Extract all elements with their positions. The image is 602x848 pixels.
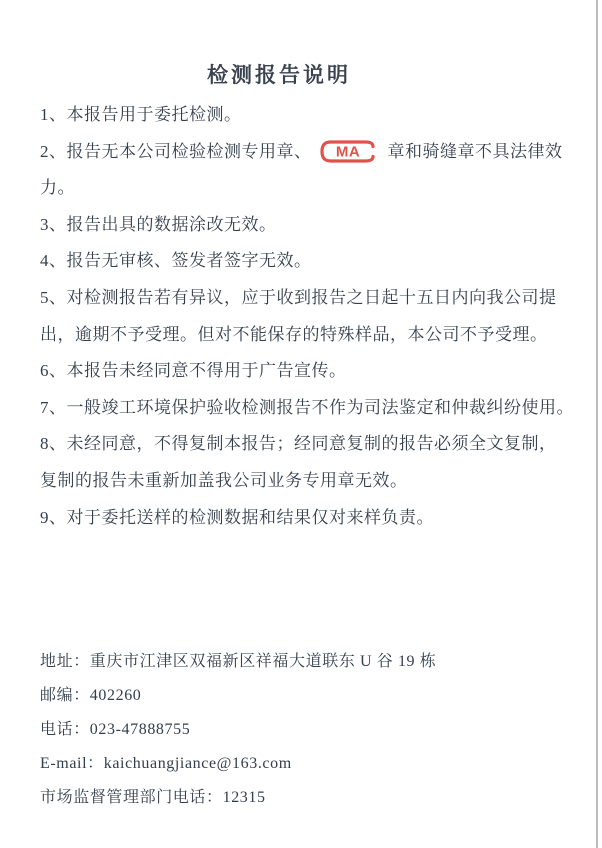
contact-address: 地址：重庆市江津区双福新区祥福大道联东 U 谷 19 栋 (40, 645, 562, 679)
note-line-2-suffix: 章和骑缝章不具法律效 (388, 142, 563, 161)
page-title: 检测报告说明 (18, 0, 540, 89)
cma-certification-mark-icon: MA (320, 140, 376, 163)
report-notes-page: 检测报告说明 1、本报告用于委托检测。 2、报告无本公司检验检测专用章、MA章和… (0, 0, 602, 815)
note-line-2-prefix: 2、报告无本公司检验检测专用章、 (40, 142, 312, 161)
contact-regulator-phone: 市场监督管理部门电话：12315 (40, 781, 562, 815)
note-line-9: 9、对于委托送样的检测数据和结果仅对来样负责。 (40, 500, 562, 537)
note-line-4: 4、报告无审核、签发者签字无效。 (40, 243, 562, 280)
note-line-5-continued: 出，逾期不予受理。但对不能保存的特殊样品，本公司不予受理。 (40, 317, 562, 354)
note-line-8-continued: 复制的报告未重新加盖我公司业务专用章无效。 (40, 463, 562, 500)
note-line-5: 5、对检测报告若有异议，应于收到报告之日起十五日内向我公司提 (40, 280, 562, 317)
note-line-2: 2、报告无本公司检验检测专用章、MA章和骑缝章不具法律效 (40, 134, 562, 171)
scan-edge-artifact (596, 0, 598, 848)
cma-ma-label: MA (335, 143, 359, 160)
contact-phone: 电话：023-47888755 (40, 713, 562, 747)
note-line-7: 7、一般竣工环境保护验收检测报告不作为司法鉴定和仲裁纠纷使用。 (40, 390, 562, 427)
note-line-6: 6、本报告未经同意不得用于广告宣传。 (40, 353, 562, 390)
contact-postal-code: 邮编：402260 (40, 679, 562, 713)
note-line-1: 1、本报告用于委托检测。 (40, 97, 562, 134)
note-line-3: 3、报告出具的数据涂改无效。 (40, 207, 562, 244)
note-line-8: 8、未经同意，不得复制本报告；经同意复制的报告必须全文复制， (40, 426, 562, 463)
contact-block: 地址：重庆市江津区双福新区祥福大道联东 U 谷 19 栋 邮编：402260 电… (40, 645, 562, 815)
note-line-2-continued: 力。 (40, 170, 562, 207)
contact-email: E-mail：kaichuangjiance@163.com (40, 747, 562, 781)
notes-list: 1、本报告用于委托检测。 2、报告无本公司检验检测专用章、MA章和骑缝章不具法律… (40, 97, 562, 536)
